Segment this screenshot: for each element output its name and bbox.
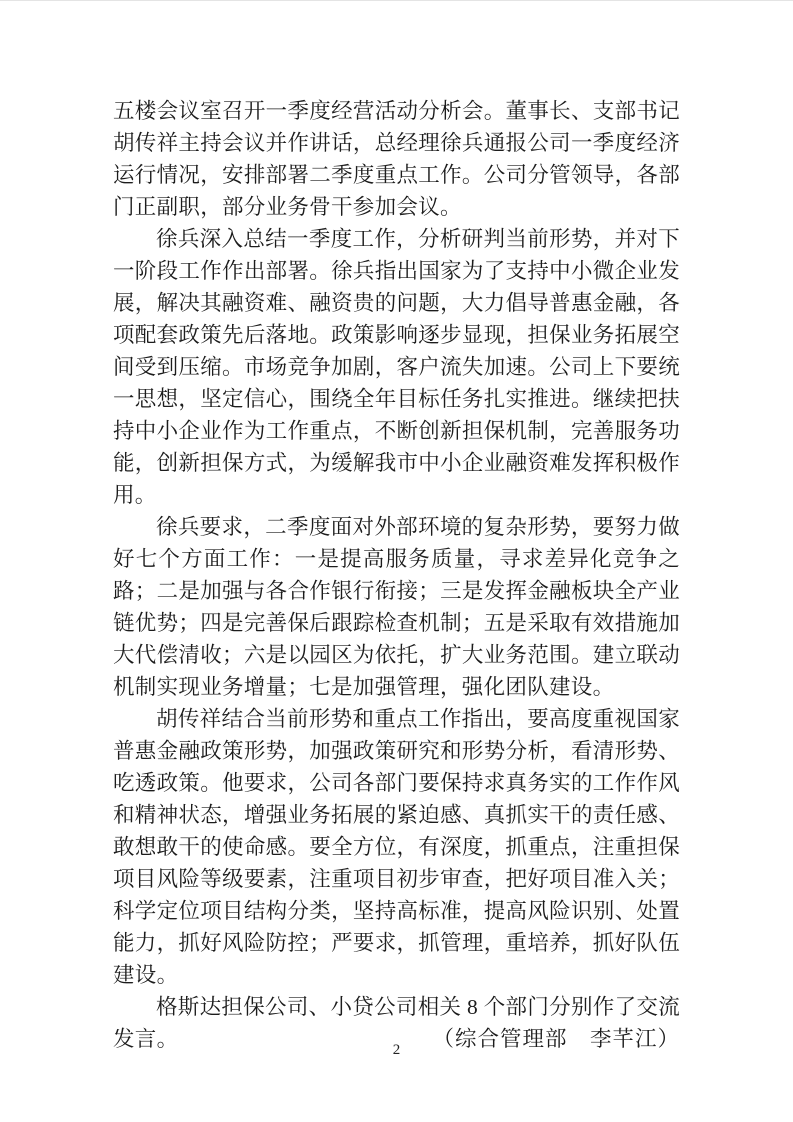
document-body: 五楼会议室召开一季度经营活动分析会。董事长、支部书记胡传祥主持会议并作讲话，总经… (113, 95, 680, 1055)
page-number: 2 (393, 1042, 401, 1058)
body-paragraph: 胡传祥结合当前形势和重点工作指出，要高度重视国家普惠金融政策形势，加强政策研究和… (113, 703, 680, 991)
body-paragraph: 五楼会议室召开一季度经营活动分析会。董事长、支部书记胡传祥主持会议并作讲话，总经… (113, 95, 680, 223)
body-paragraph: 徐兵要求，二季度面对外部环境的复杂形势，要努力做好七个方面工作：一是提高服务质量… (113, 511, 680, 703)
page-footer: 2 (0, 1040, 793, 1060)
document-page: 五楼会议室召开一季度经营活动分析会。董事长、支部书记胡传祥主持会议并作讲话，总经… (0, 0, 793, 1122)
body-paragraph: 徐兵深入总结一季度工作，分析研判当前形势，并对下一阶段工作作出部署。徐兵指出国家… (113, 223, 680, 511)
